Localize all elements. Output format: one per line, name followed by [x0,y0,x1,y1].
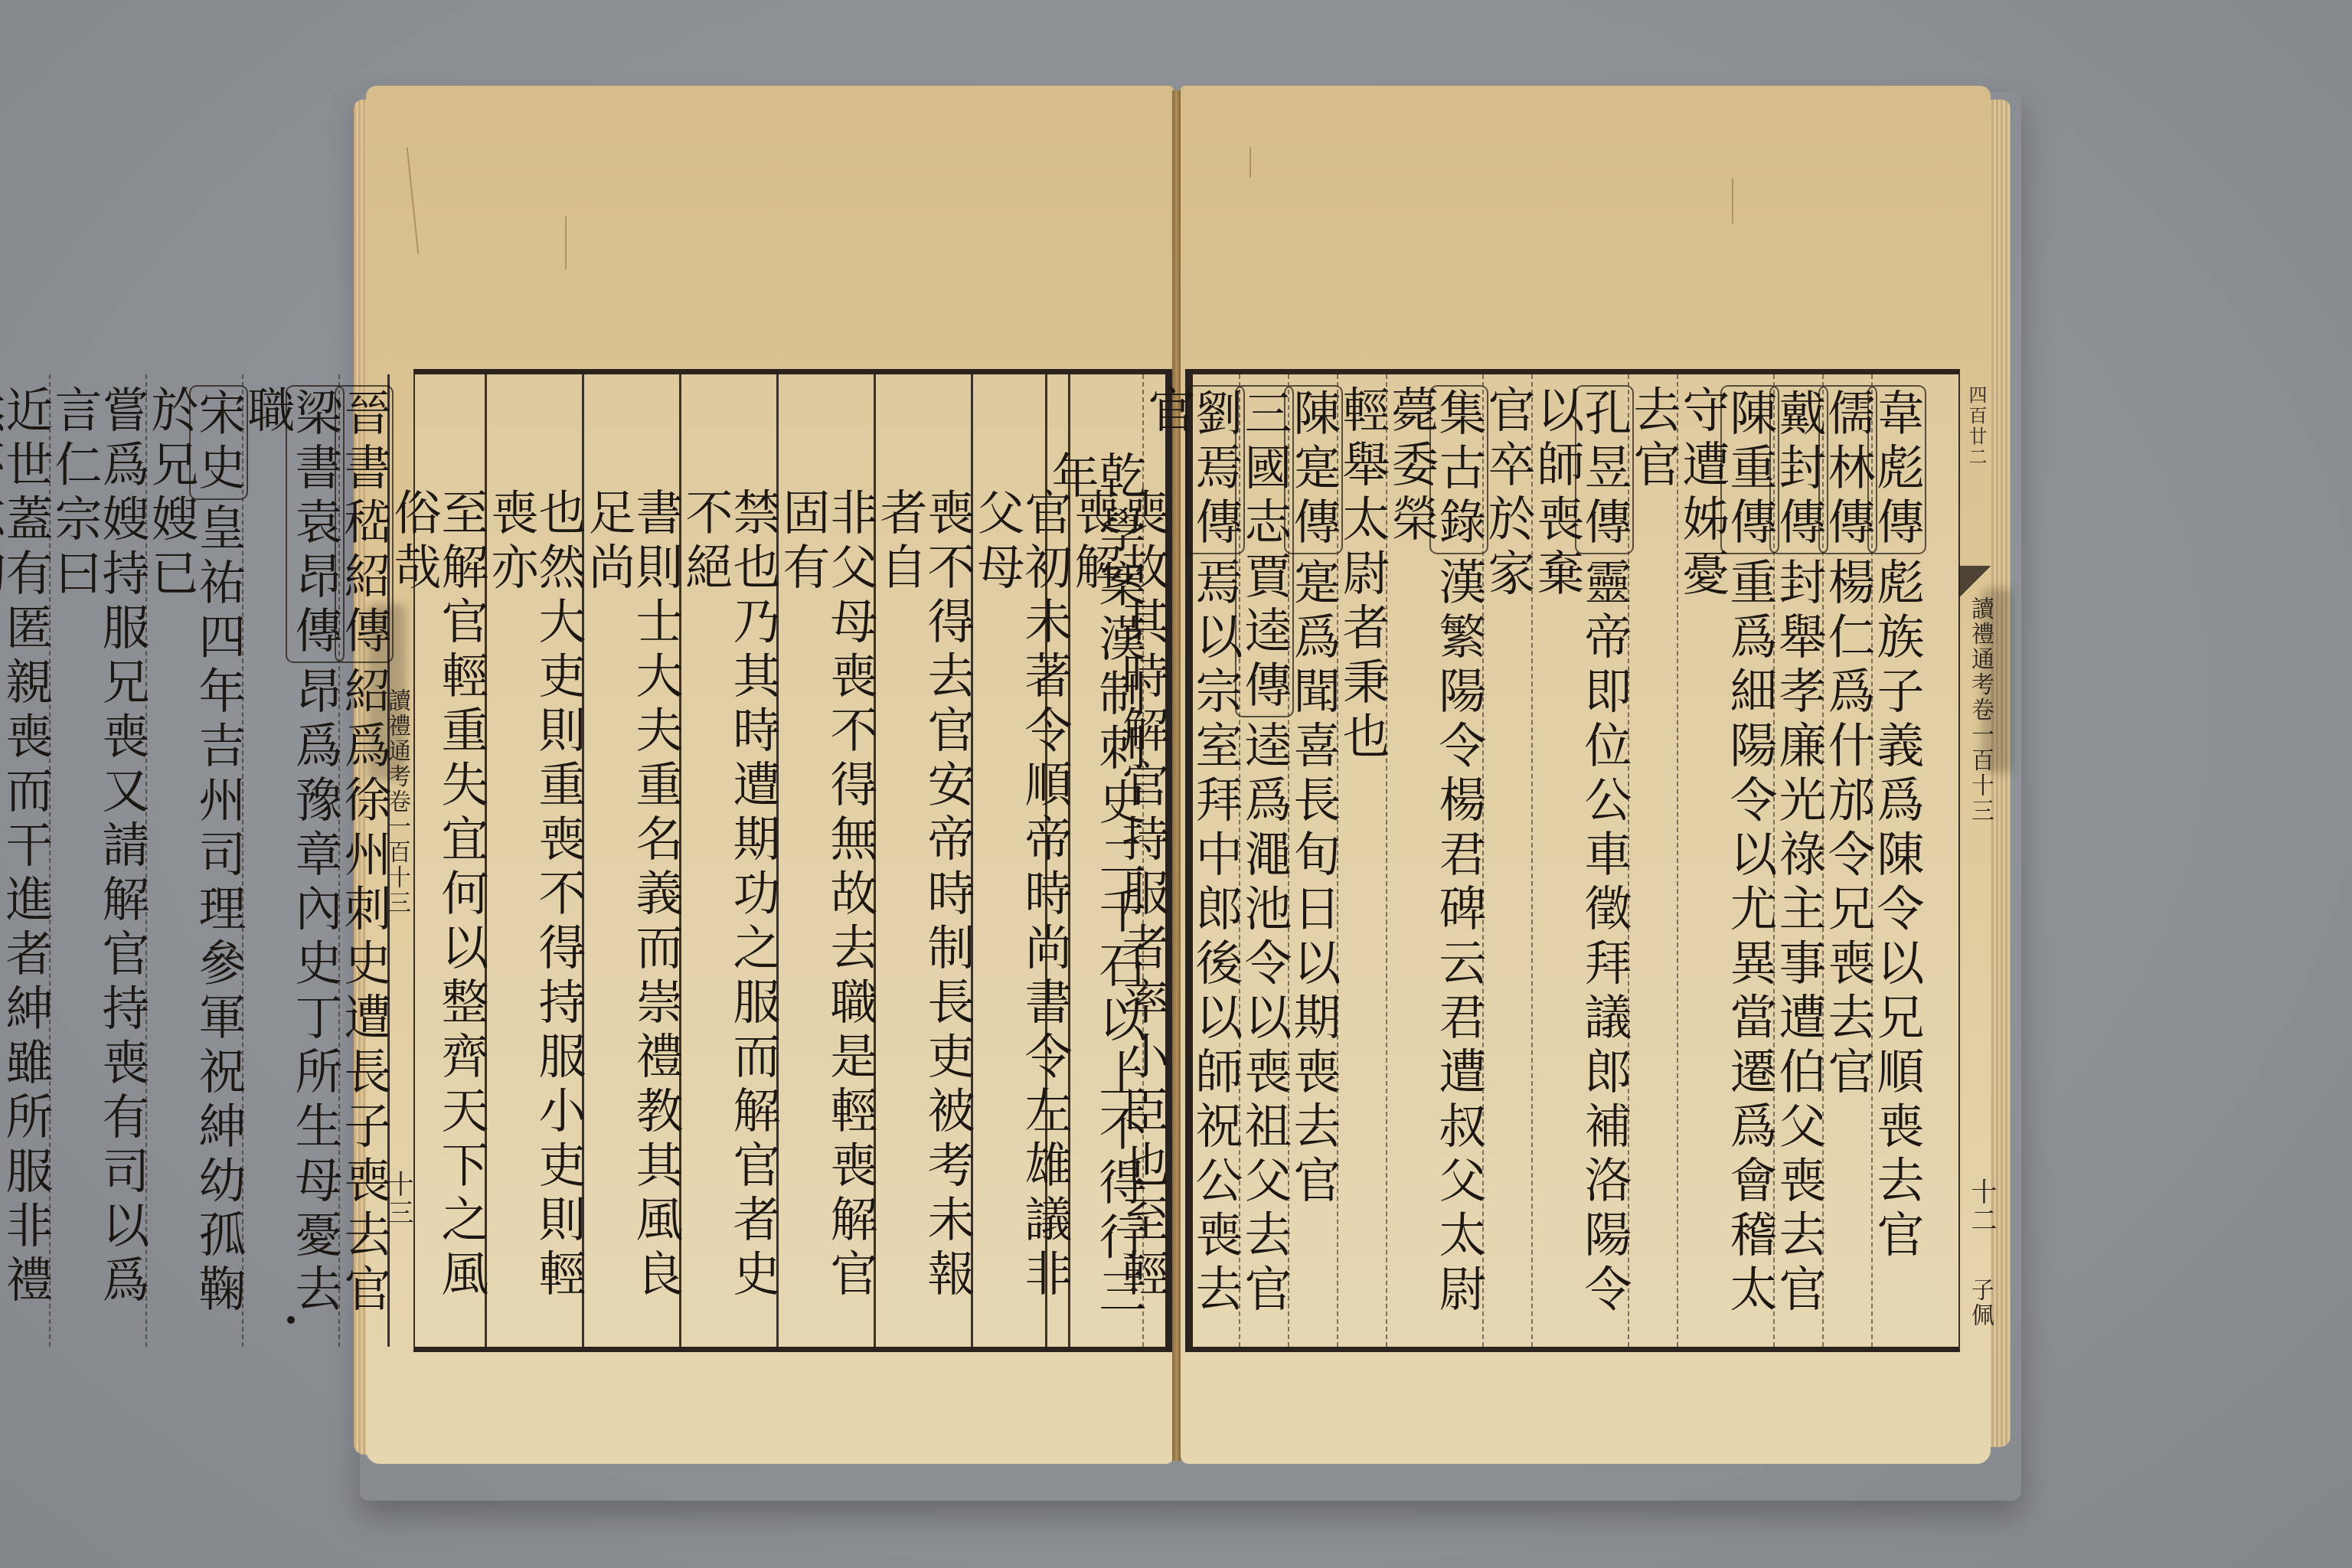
banxin-count-mark: 四百廿二 [1963,385,1990,468]
right-columns: 韋彪傳彪族子義爲陳令以兄順喪去官 儒林傳楊仁爲什邡令兄喪去官 戴封傳封舉孝廉光祿… [1193,374,1920,1347]
text-column: 孔昱傳靈帝即位公車徵拜議郎補洛陽令以師喪棄 [1531,374,1628,1347]
text-column: 近世蓋有匿親喪而干進者紳雖所服非禮然不忘鞠 [0,374,49,1347]
text-column: 儒林傳楊仁爲什邡令兄喪去官 [1822,374,1871,1347]
text-column: 書則士大夫重名義而崇禮教其風良足尚 [582,374,679,1347]
text-column: 非父母喪不得無故去職是輕喪解官固有 [776,374,874,1347]
text-column: 梁書袁昂傳昂爲豫章內史丁所生母憂去職 [242,374,338,1347]
text-column: 禁也乃其時遭期功之服而解官者史不絕 [679,374,776,1347]
right-text-block: 四百廿二 讀禮通考卷一百十三 十二 子佩 韋彪傳彪族子義爲陳令以兄順喪去官 儒林… [1185,369,1960,1352]
banxin-leaf-number: 十二 [1963,1178,2001,1235]
text-column: 戴封傳封舉孝廉光祿主事遭伯父喪去官 [1773,374,1822,1347]
paper-fiber [407,147,420,253]
paper-fiber [1732,178,1733,224]
text-column: 至解官輕重失宜何以整齊天下之風俗哉 [387,374,485,1347]
text-column: 陳重傳重爲細陽令以尤異當遷爲會稽太守遭姊憂 [1677,374,1773,1347]
text-column: 韋彪傳彪族子義爲陳令以兄順喪去官 [1871,374,1920,1347]
text-column: 去官 [1628,374,1677,1347]
text-column: 宋史皇祐四年吉州司理參軍祝紳幼孤鞠於兄嫂已 [145,374,242,1347]
text-column: 喪不得去官安帝時制長吏被考未報者自 [874,374,971,1347]
text-column: 劉焉傳焉以宗室拜中郎後以師祝公喪去官 [1142,374,1239,1347]
text-column: 也然大吏則重喪不得持服小吏則輕喪亦 [485,374,582,1347]
text-column: 嘗爲嫂持服兄喪又請解官持喪有司以爲言仁宗曰 [49,374,145,1347]
text-column: 晉書嵇紹傳紹爲徐州刺史遭長子喪去官 [338,374,387,1347]
paper-fiber [1249,147,1251,178]
banxin-carver-name: 子佩 [1963,1278,1997,1328]
text-column: 官卒於家 [1482,374,1531,1347]
paper-fiber [565,216,567,269]
banxin-title: 讀禮通考卷一百十三 [1963,596,1997,824]
text-column: 集古錄漢繁陽令楊君碑云君遭叔父太尉薨委榮 [1386,374,1482,1347]
right-banxin: 四百廿二 讀禮通考卷一百十三 十二 子佩 [1958,374,1994,1347]
text-column-note: 乾學案漢制刺史二千石以上不得行三年 [1045,374,1142,1347]
text-column: 輕舉太尉者秉也 [1337,374,1386,1347]
text-column: 陳寔傳寔爲聞喜長旬日以期喪去官 [1288,374,1337,1347]
punctuation-dot [287,1316,295,1324]
text-column: 三國志賈逵傳逵爲澠池令以喪祖父去官 [1239,374,1288,1347]
